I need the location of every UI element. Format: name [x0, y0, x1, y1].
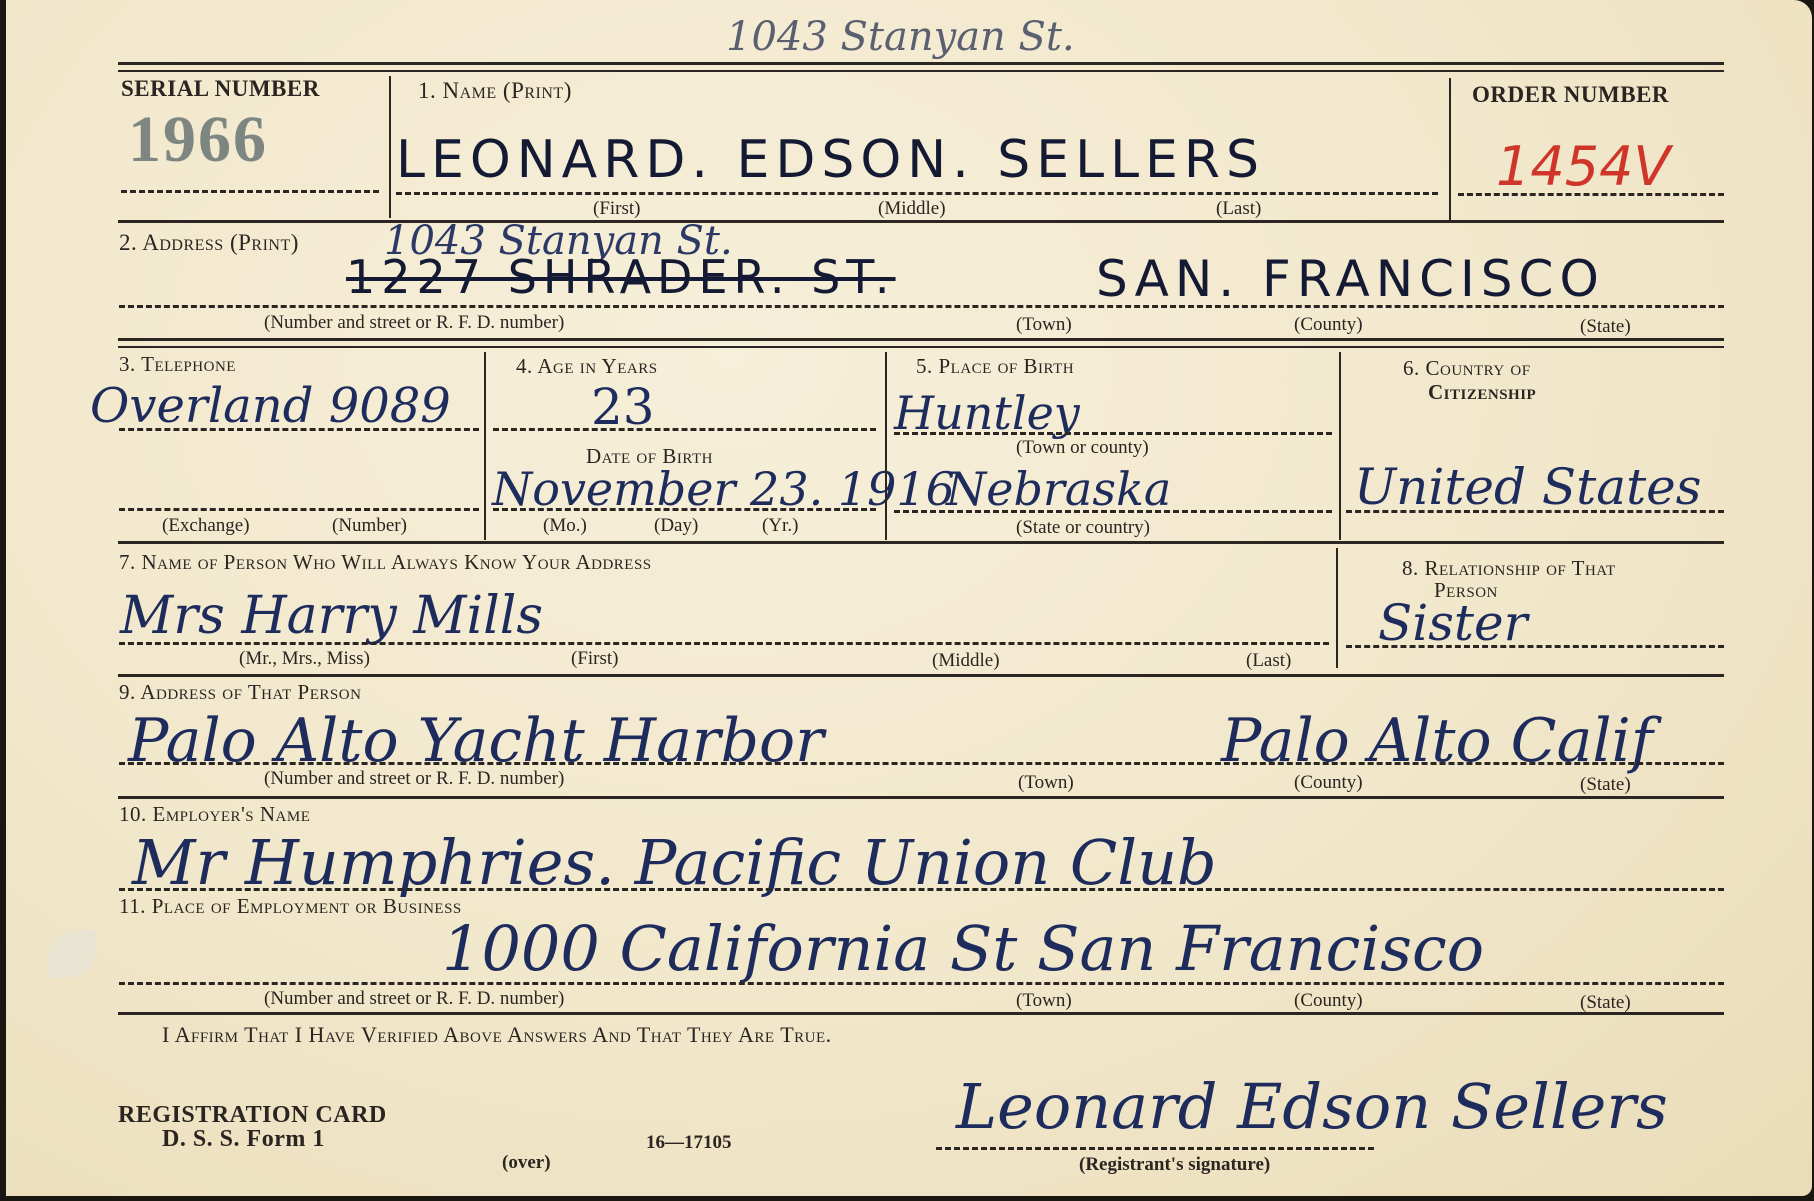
- relationship-value[interactable]: Sister: [1378, 594, 1528, 652]
- telephone-value[interactable]: Overland 9089: [90, 378, 451, 434]
- telephone-line: [119, 428, 479, 431]
- employer-label: 10. Employer's Name: [119, 802, 310, 827]
- top-rule-2: [118, 70, 1724, 72]
- birthplace-sub-state: (State or country): [1016, 517, 1150, 539]
- row2-bottom-rule-2: [118, 346, 1724, 348]
- form-number: D. S. S. Form 1: [162, 1126, 325, 1153]
- employment-sub-county: (County): [1294, 990, 1363, 1012]
- telephone-sub-number: (Number): [332, 515, 407, 537]
- dob-sub-day: (Day): [654, 515, 698, 537]
- contact-address-sub-state: (State): [1580, 774, 1631, 796]
- birthplace-divider: [1339, 352, 1341, 540]
- print-code: 16—17105: [646, 1132, 732, 1154]
- citizenship-line: [1346, 510, 1724, 513]
- registrant-signature[interactable]: Leonard Edson Sellers: [956, 1070, 1668, 1143]
- serial-line: [121, 190, 379, 193]
- employment-sub-town: (Town): [1016, 990, 1072, 1012]
- top-rule: [118, 62, 1724, 65]
- employment-place-value[interactable]: 1000 California St San Francisco: [442, 912, 1484, 985]
- serial-divider: [389, 76, 391, 218]
- contact-value[interactable]: Mrs Harry Mills: [120, 586, 543, 646]
- leaf-watermark-icon: [48, 930, 96, 978]
- address-label: 2. Address (Print): [119, 230, 299, 256]
- name-line: [396, 192, 1438, 195]
- signature-label: (Registrant's signature): [1079, 1154, 1270, 1176]
- relationship-line: [1346, 645, 1724, 648]
- dob-line: [493, 508, 876, 511]
- address-town[interactable]: SAN. FRANCISCO: [1096, 250, 1605, 308]
- contact-line: [119, 642, 1329, 645]
- telephone-sub-exchange: (Exchange): [162, 515, 250, 537]
- name-sub-first: (First): [593, 198, 641, 220]
- row9-bottom-rule: [118, 796, 1724, 799]
- row7-bottom-rule: [118, 674, 1724, 677]
- telephone-line-2: [119, 508, 479, 511]
- age-line: [493, 428, 876, 431]
- employment-sub-state: (State): [1580, 992, 1631, 1014]
- citizenship-value[interactable]: United States: [1354, 458, 1701, 516]
- contact-address-label: 9. Address of That Person: [119, 680, 361, 705]
- age-divider: [885, 352, 887, 540]
- age-label: 4. Age in Years: [516, 354, 658, 379]
- dob-sub-yr: (Yr.): [762, 515, 798, 537]
- address-sub-state: (State): [1580, 316, 1631, 338]
- contact-label: 7. Name of Person Who Will Always Know Y…: [119, 550, 652, 575]
- top-address-annotation: 1043 Stanyan St.: [726, 14, 1075, 60]
- serial-number-label: SERIAL NUMBER: [121, 76, 320, 102]
- citizenship-label-2: Citizenship: [1428, 380, 1536, 405]
- contact-address-line: [119, 762, 1724, 765]
- order-line: [1458, 193, 1724, 196]
- name-label: 1. Name (Print): [418, 78, 572, 104]
- name-sub-middle: (Middle): [878, 198, 946, 220]
- order-number-value[interactable]: 1454V: [1496, 135, 1670, 198]
- birthplace-state-line: [894, 510, 1332, 513]
- telephone-divider: [484, 352, 486, 540]
- address-sub-street: (Number and street or R. F. D. number): [264, 312, 564, 334]
- citizenship-label-1: 6. Country of: [1403, 356, 1531, 381]
- contact-sub-last: (Last): [1246, 650, 1291, 672]
- row11-bottom-rule: [118, 1012, 1724, 1015]
- contact-sub-title: (Mr., Mrs., Miss): [239, 648, 370, 670]
- birthplace-label: 5. Place of Birth: [916, 354, 1074, 379]
- contact-sub-first: (First): [571, 648, 619, 670]
- employment-place-label: 11. Place of Employment or Business: [119, 894, 462, 919]
- birthplace-town-line: [894, 432, 1332, 435]
- contact-address-street[interactable]: Palo Alto Yacht Harbor: [128, 706, 824, 776]
- order-divider: [1449, 78, 1451, 220]
- contact-sub-middle: (Middle): [932, 650, 1000, 672]
- contact-address-sub-street: (Number and street or R. F. D. number): [264, 768, 564, 790]
- name-value[interactable]: LEONARD. EDSON. SELLERS: [396, 130, 1265, 190]
- affirmation-text: I Affirm That I Have Verified Above Answ…: [162, 1022, 832, 1048]
- over-note: (over): [502, 1152, 551, 1174]
- registration-card-title: REGISTRATION CARD: [118, 1102, 387, 1129]
- contact-address-town[interactable]: Palo Alto Calif: [1221, 706, 1653, 776]
- row1-bottom-rule: [118, 220, 1724, 223]
- serial-number-value: 1966: [128, 102, 268, 178]
- address-sub-town: (Town): [1016, 314, 1072, 336]
- dob-sub-mo: (Mo.): [543, 515, 587, 537]
- order-number-label: ORDER NUMBER: [1472, 82, 1669, 108]
- employer-line: [119, 888, 1724, 891]
- row2-bottom-rule: [118, 338, 1724, 341]
- telephone-label: 3. Telephone: [119, 352, 236, 377]
- address-struck-street: 1227 SHRADER. ST.: [346, 250, 896, 304]
- registration-card: 1043 Stanyan St. SERIAL NUMBER 1966 1. N…: [6, 0, 1812, 1196]
- employment-place-line: [119, 982, 1724, 985]
- employment-sub-street: (Number and street or R. F. D. number): [264, 988, 564, 1010]
- row3-bottom-rule: [118, 541, 1724, 544]
- contact-address-sub-county: (County): [1294, 772, 1363, 794]
- signature-line: [936, 1147, 1374, 1150]
- contact-divider: [1336, 548, 1338, 668]
- address-sub-county: (County): [1294, 314, 1363, 336]
- name-sub-last: (Last): [1216, 198, 1261, 220]
- birthplace-state[interactable]: Nebraska: [946, 462, 1171, 516]
- address-line: [119, 305, 1724, 308]
- contact-address-sub-town: (Town): [1018, 772, 1074, 794]
- birthplace-sub-town: (Town or county): [1016, 437, 1149, 459]
